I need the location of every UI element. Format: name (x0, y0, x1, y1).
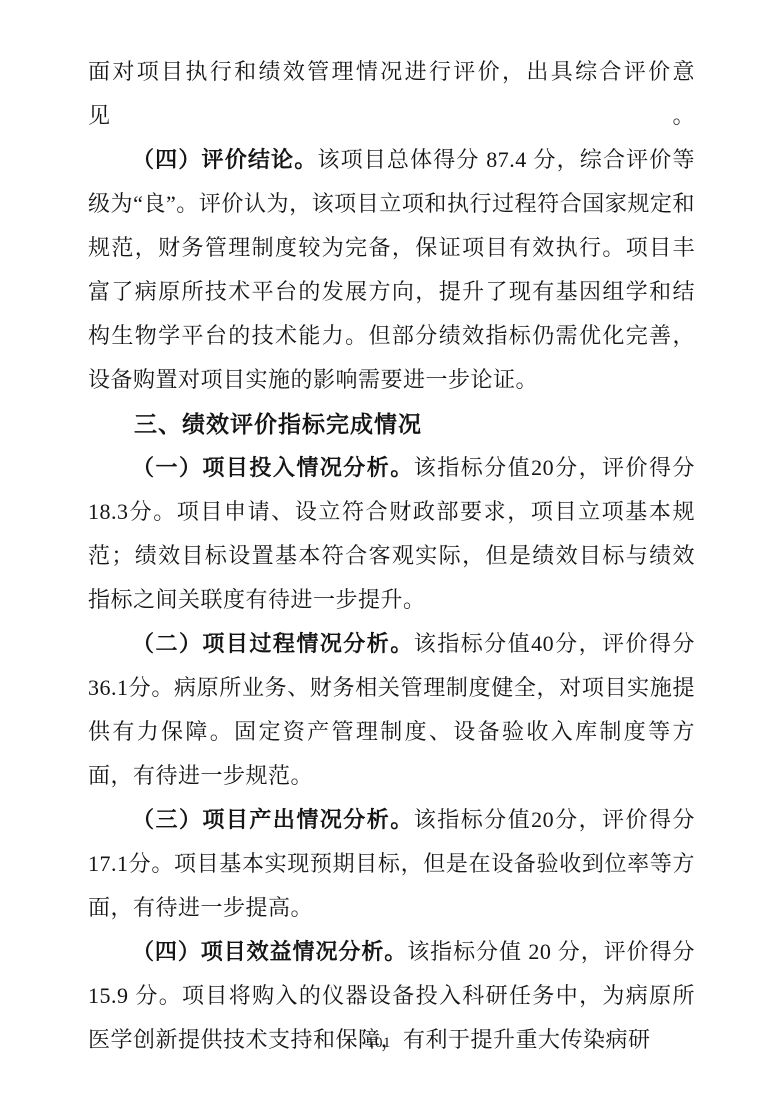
conclusion-body: 该项目总体得分 87.4 分，综合评价等级为“良”。评价认为，该项目立项和执行过… (88, 147, 695, 392)
section-heading-indicator-completion: 三、绩效评价指标完成情况 (88, 402, 695, 446)
document-page: 面对项目执行和绩效管理情况进行评价，出具综合评价意见。 （四）评价结论。该项目总… (0, 0, 758, 1100)
paragraph-section-output: （三）项目产出情况分析。该指标分值20分，评价得分17.1分。项目基本实现预期目… (88, 798, 695, 930)
paragraph-conclusion: （四）评价结论。该项目总体得分 87.4 分，综合评价等级为“良”。评价认为，该… (88, 138, 695, 402)
paragraph-continuation: 面对项目执行和绩效管理情况进行评价，出具综合评价意见。 (88, 50, 695, 138)
conclusion-lead: （四）评价结论。 (132, 147, 317, 172)
section-input-lead: （一）项目投入情况分析。 (132, 455, 414, 480)
section-benefit-lead: （四）项目效益情况分析。 (132, 939, 407, 964)
section-output-lead: （三）项目产出情况分析。 (132, 807, 414, 832)
paragraph-section-process: （二）项目过程情况分析。该指标分值40分，评价得分36.1分。病原所业务、财务相… (88, 622, 695, 798)
page-number: 101 (0, 1035, 758, 1052)
document-body: 面对项目执行和绩效管理情况进行评价，出具综合评价意见。 （四）评价结论。该项目总… (88, 50, 695, 1062)
section-process-lead: （二）项目过程情况分析。 (132, 631, 414, 656)
paragraph-section-input: （一）项目投入情况分析。该指标分值20分，评价得分18.3分。项目申请、设立符合… (88, 446, 695, 622)
